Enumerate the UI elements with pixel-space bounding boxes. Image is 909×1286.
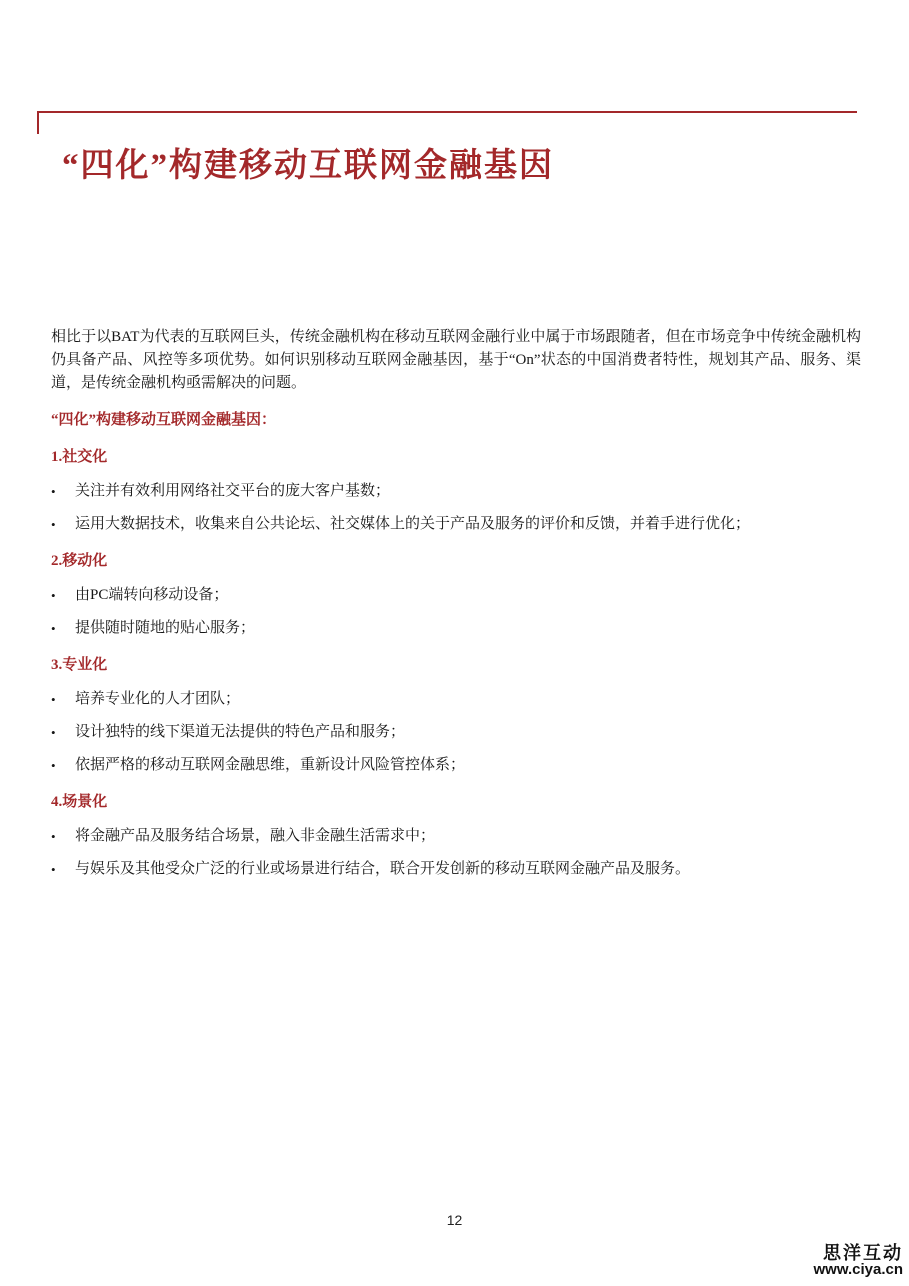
bullet-icon: •	[51, 617, 75, 640]
bullet-text: 提供随时随地的贴心服务；	[75, 617, 861, 640]
list-intro-heading: “四化”构建移动互联网金融基因：	[51, 409, 861, 432]
list-item: • 培养专业化的人才团队；	[51, 688, 861, 711]
bullet-text: 由PC端转向移动设备；	[75, 584, 861, 607]
watermark: 思洋互动 www.ciya.cn	[814, 1244, 903, 1277]
bullet-text: 设计独特的线下渠道无法提供的特色产品和服务；	[75, 721, 861, 744]
list-item: • 依据严格的移动互联网金融思维，重新设计风险管控体系；	[51, 754, 861, 777]
bullet-icon: •	[51, 513, 75, 536]
section-heading-3: 3.专业化	[51, 654, 861, 677]
watermark-url: www.ciya.cn	[814, 1262, 903, 1277]
list-item: • 设计独特的线下渠道无法提供的特色产品和服务；	[51, 721, 861, 744]
bullet-text: 关注并有效利用网络社交平台的庞大客户基数；	[75, 480, 861, 503]
list-item: • 将金融产品及服务结合场景，融入非金融生活需求中；	[51, 825, 861, 848]
bullet-text: 运用大数据技术，收集来自公共论坛、社交媒体上的关于产品及服务的评价和反馈，并着手…	[75, 513, 861, 536]
bullet-text: 将金融产品及服务结合场景，融入非金融生活需求中；	[75, 825, 861, 848]
list-item: • 由PC端转向移动设备；	[51, 584, 861, 607]
bullet-text: 依据严格的移动互联网金融思维，重新设计风险管控体系；	[75, 754, 861, 777]
bullet-icon: •	[51, 825, 75, 848]
bullet-icon: •	[51, 754, 75, 777]
section-heading-2: 2.移动化	[51, 550, 861, 573]
bullet-icon: •	[51, 858, 75, 881]
bullet-text: 与娱乐及其他受众广泛的行业或场景进行结合，联合开发创新的移动互联网金融产品及服务…	[75, 858, 861, 881]
page-title: “四化”构建移动互联网金融基因	[62, 146, 862, 187]
list-item: • 与娱乐及其他受众广泛的行业或场景进行结合，联合开发创新的移动互联网金融产品及…	[51, 858, 861, 881]
bullet-icon: •	[51, 721, 75, 744]
intro-paragraph: 相比于以BAT为代表的互联网巨头，传统金融机构在移动互联网金融行业中属于市场跟随…	[51, 326, 861, 395]
bullet-icon: •	[51, 480, 75, 503]
list-item: • 提供随时随地的贴心服务；	[51, 617, 861, 640]
title-rule-line	[37, 111, 857, 113]
watermark-brand: 思洋互动	[814, 1244, 903, 1262]
bullet-icon: •	[51, 584, 75, 607]
section-heading-1: 1.社交化	[51, 446, 861, 469]
section-heading-4: 4.场景化	[51, 791, 861, 814]
bullet-text: 培养专业化的人才团队；	[75, 688, 861, 711]
page-number: 12	[0, 1212, 909, 1228]
bullet-icon: •	[51, 688, 75, 711]
list-item: • 关注并有效利用网络社交平台的庞大客户基数；	[51, 480, 861, 503]
content-area: 相比于以BAT为代表的互联网巨头，传统金融机构在移动互联网金融行业中属于市场跟随…	[51, 326, 861, 891]
document-page: “四化”构建移动互联网金融基因 相比于以BAT为代表的互联网巨头，传统金融机构在…	[0, 0, 909, 1286]
list-item: • 运用大数据技术，收集来自公共论坛、社交媒体上的关于产品及服务的评价和反馈，并…	[51, 513, 861, 536]
title-rule-left-drop	[37, 111, 39, 134]
